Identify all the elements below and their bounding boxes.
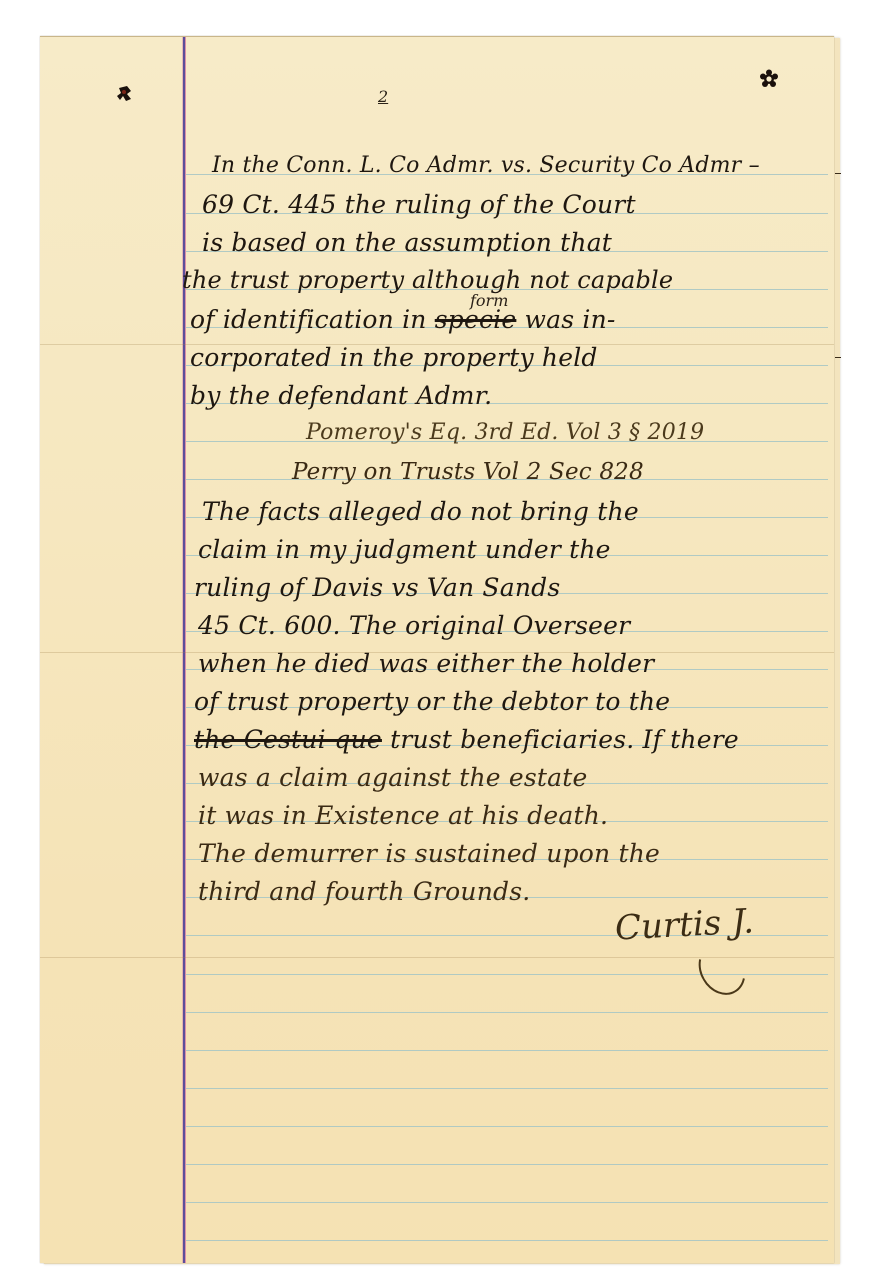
text-line: when he died was either the holder <box>198 651 654 676</box>
text-line: third and fourth Grounds. <box>198 879 530 904</box>
text-line: of trust property or the debtor to the <box>194 689 670 714</box>
edge-mark <box>835 357 841 358</box>
text-line: of identification in specie was in- <box>190 307 616 332</box>
rule-line <box>186 1088 828 1089</box>
text-line: the Cestui-que trust beneficiaries. If t… <box>194 727 739 752</box>
text-line: 69 Ct. 445 the ruling of the Court <box>202 192 636 217</box>
text-line: was a claim against the estate <box>198 765 588 790</box>
text-segment: trust beneficiaries. If there <box>382 725 739 754</box>
rule-line <box>186 1050 828 1051</box>
text-line: corporated in the property held <box>190 345 598 370</box>
text-line: the trust property although not capable <box>182 268 673 292</box>
text-segment: was in- <box>516 305 615 334</box>
rule-line <box>186 1202 828 1203</box>
text-line: by the defendant Admr. <box>190 383 492 408</box>
signature: Curtis J. <box>614 901 755 948</box>
citation-line: Pomeroy's Eq. 3rd Ed. Vol 3 § 2019 <box>306 422 704 444</box>
text-line: In the Conn. L. Co Admr. vs. Security Co… <box>212 155 760 177</box>
ruled-paper-page: 2 In the Conn. L. Co Admr. vs. Security … <box>40 36 834 1263</box>
punch-hole-icon <box>759 69 779 89</box>
text-line: The demurrer is sustained upon the <box>198 841 660 866</box>
rule-line <box>186 1126 828 1127</box>
text-line: claim in my judgment under the <box>198 537 611 562</box>
rule-line <box>186 1012 828 1013</box>
text-line: ruling of Davis vs Van Sands <box>194 575 560 600</box>
citation-line: Perry on Trusts Vol 2 Sec 828 <box>292 461 644 484</box>
struck-word: specie <box>435 305 517 334</box>
punch-hole-icon <box>115 84 135 104</box>
text-segment: of identification in <box>190 305 435 334</box>
rule-line <box>186 1240 828 1241</box>
margin-line <box>183 37 185 1263</box>
text-line: it was in Existence at his death. <box>198 803 608 828</box>
signature-flourish <box>689 935 754 1004</box>
page-number: 2 <box>378 87 388 106</box>
text-line: is based on the assumption that <box>202 230 612 255</box>
rule-line <box>186 1164 828 1165</box>
text-line: The facts alleged do not bring the <box>202 499 639 524</box>
struck-word: the Cestui-que <box>194 725 382 754</box>
text-line: 45 Ct. 600. The original Overseer <box>198 613 630 638</box>
edge-mark <box>835 173 841 174</box>
